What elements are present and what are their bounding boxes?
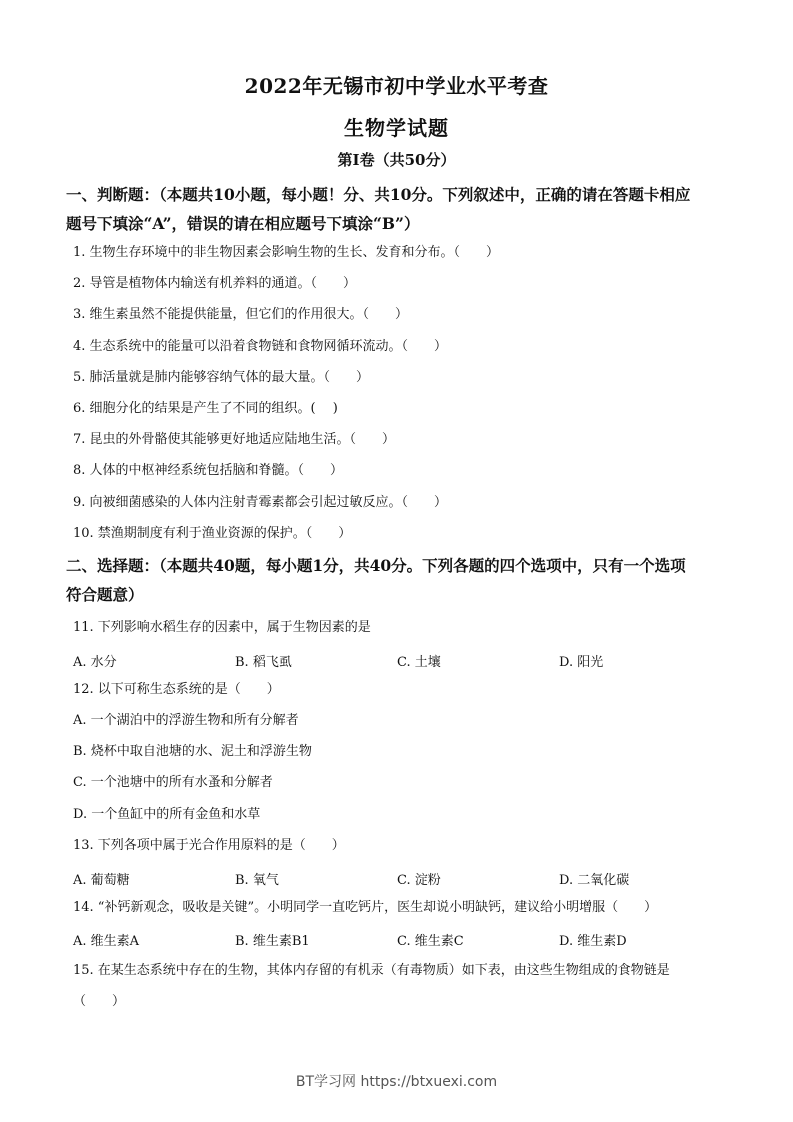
q15-stem-line1: 15. 在某生态系统中存在的生物，其体内存留的有机汞（有毒物质）如下表，由这些生… <box>73 962 670 980</box>
tf-question-2: 2. 导管是植物体内输送有机养料的通道。（ ） <box>73 275 356 293</box>
q11-option-b: B. 稻飞虱 <box>235 651 292 670</box>
q14-option-d: D. 维生素D <box>559 930 627 949</box>
q15-stem-line2: （ ） <box>73 993 125 1011</box>
q13-options: A. 葡萄糖 B. 氧气 C. 淀粉 D. 二氧化碳 <box>73 869 733 887</box>
q14-option-b: B. 维生素B1 <box>235 930 310 949</box>
tf-question-5: 5. 肺活量就是肺内能够容纳气体的最大量。（ ） <box>73 369 369 387</box>
exam-page: 2022年无锡市初中学业水平考查 生物学试题 第Ⅰ卷（共50分） 一、判断题：（… <box>0 0 793 1122</box>
section1-heading-line1: 一、判断题：（本题共10小题，每小题！分、共10分。下列叙述中，正确的请在答题卡… <box>66 180 736 209</box>
tf-question-4: 4. 生态系统中的能量可以沿着食物链和食物网循环流动。（ ） <box>73 338 447 356</box>
section2-heading-line2: 符合题意） <box>66 580 736 609</box>
q14-options: A. 维生素A B. 维生素B1 C. 维生素C D. 维生素D <box>73 930 733 948</box>
tf-question-10: 10. 禁渔期制度有利于渔业资源的保护。（ ） <box>73 525 351 543</box>
q11-option-d: D. 阳光 <box>559 651 603 670</box>
tf-question-8: 8. 人体的中枢神经系统包括脑和脊髓。（ ） <box>73 462 343 480</box>
tf-question-9: 9. 向被细菌感染的人体内注射青霉素都会引起过敏反应。（ ） <box>73 494 447 512</box>
tf-question-6: 6. 细胞分化的结果是产生了不同的组织。( ) <box>73 400 338 418</box>
section1-heading-line2: 题号下填涂“A”，错误的请在相应题号下填涂“B”） <box>66 209 736 238</box>
q11-options: A. 水分 B. 稻飞虱 C. 土壤 D. 阳光 <box>73 651 733 669</box>
exam-title: 2022年无锡市初中学业水平考查 <box>0 70 793 99</box>
q13-option-b: B. 氧气 <box>235 869 279 888</box>
q12-option-d: D. 一个鱼缸中的所有金鱼和水草 <box>73 806 260 824</box>
volume-label: 第Ⅰ卷（共50分） <box>0 149 793 170</box>
tf-question-1: 1. 生物生存环境中的非生物因素会影响生物的生长、发育和分布。（ ） <box>73 244 499 262</box>
section1-heading: 一、判断题：（本题共10小题，每小题！分、共10分。下列叙述中，正确的请在答题卡… <box>66 180 736 238</box>
q12-option-b: B. 烧杯中取自池塘的水、泥土和浮游生物 <box>73 743 312 761</box>
q12-stem: 12. 以下可称生态系统的是（ ） <box>73 681 280 699</box>
q14-stem: 14. “补钙新观念，吸收是关键”。小明同学一直吃钙片，医生却说小明缺钙，建议给… <box>73 899 657 917</box>
q11-option-a: A. 水分 <box>73 651 117 670</box>
q13-option-a: A. 葡萄糖 <box>73 869 130 888</box>
q13-option-c: C. 淀粉 <box>397 869 441 888</box>
q11-option-c: C. 土壤 <box>397 651 441 670</box>
section2-heading: 二、选择题：（本题共40题，每小题1分，共40分。下列各题的四个选项中，只有一个… <box>66 551 736 609</box>
q14-option-a: A. 维生素A <box>73 930 139 949</box>
q12-option-a: A. 一个湖泊中的浮游生物和所有分解者 <box>73 712 299 730</box>
q12-option-c: C. 一个池塘中的所有水蚤和分解者 <box>73 774 273 792</box>
section2-heading-line1: 二、选择题：（本题共40题，每小题1分，共40分。下列各题的四个选项中，只有一个… <box>66 551 736 580</box>
watermark-footer: BT学习网 https://btxuexi.com <box>0 1071 793 1091</box>
tf-question-7: 7. 昆虫的外骨骼使其能够更好地适应陆地生活。（ ） <box>73 431 395 449</box>
exam-subject: 生物学试题 <box>0 112 793 141</box>
q13-stem: 13. 下列各项中属于光合作用原料的是（ ） <box>73 837 345 855</box>
q14-option-c: C. 维生素C <box>397 930 464 949</box>
q13-option-d: D. 二氧化碳 <box>559 869 629 888</box>
tf-question-3: 3. 维生素虽然不能提供能量，但它们的作用很大。（ ） <box>73 306 408 324</box>
q11-stem: 11. 下列影响水稻生存的因素中，属于生物因素的是 <box>73 619 371 637</box>
